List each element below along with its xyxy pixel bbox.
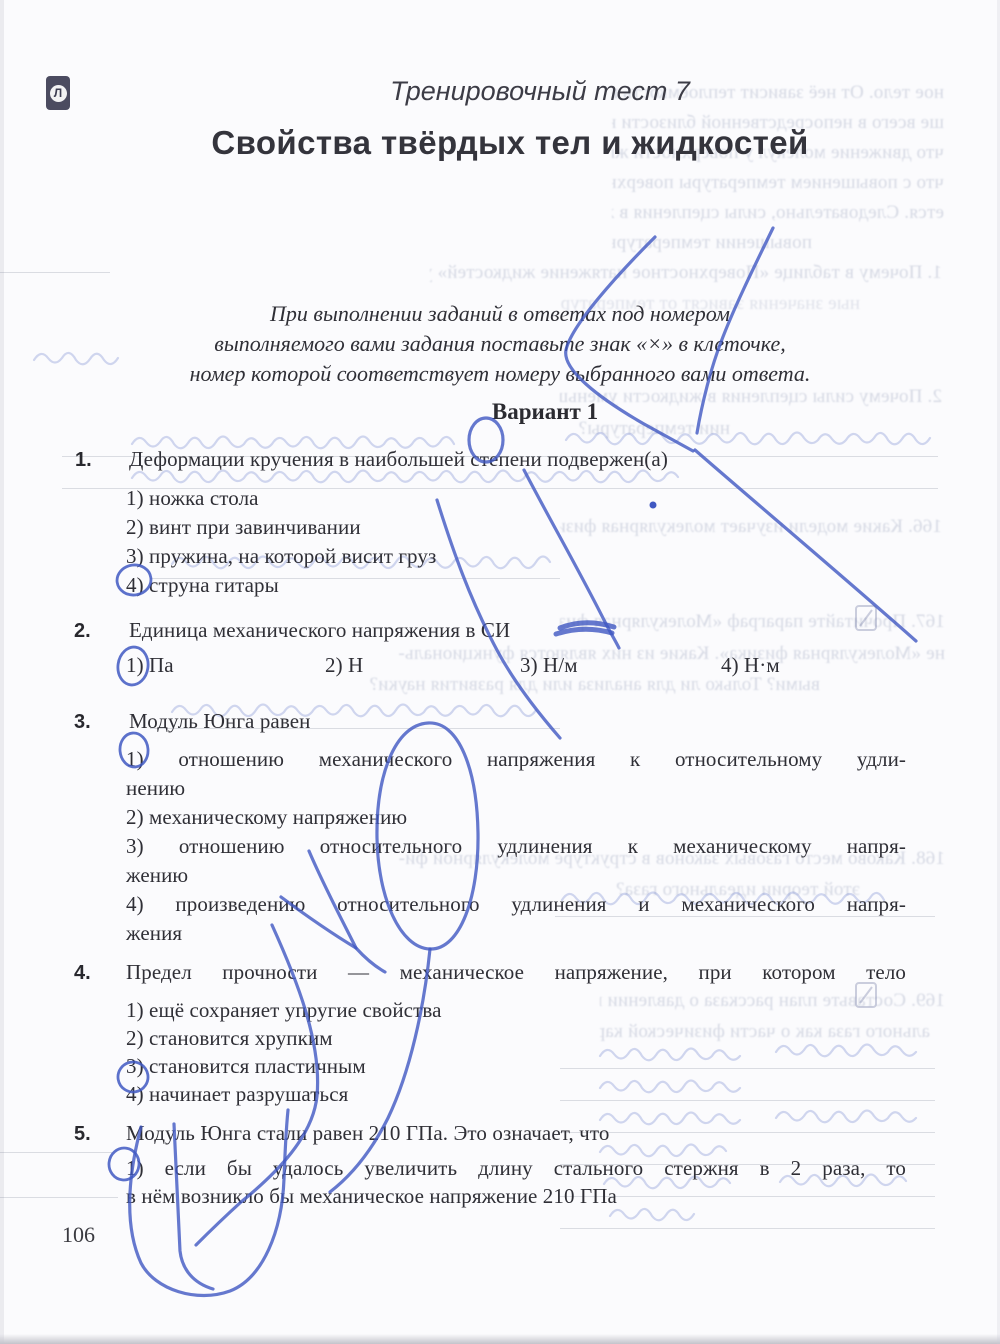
answer-option-continuation: жения	[126, 922, 182, 945]
instructions-line: выполняемого вами задания поставьте знак…	[70, 331, 930, 357]
answer-option: 4) начинает разрушаться	[126, 1083, 348, 1106]
scanned-workbook-page: ное тело. От неё зависит теплоёмкость во…	[0, 0, 1000, 1344]
bleedthrough-line: 167. Прочитайте параграф «Молекулярная ф…	[560, 611, 945, 633]
bleedthrough-line: что с повышением температуры поверхностн…	[612, 172, 944, 194]
answer-option: 1) ещё сохраняет упругие свойства	[126, 999, 442, 1022]
question-text: Предел прочности — механическое напряжен…	[126, 961, 906, 984]
question-text: Деформации кручения в наибольшей степени…	[129, 448, 668, 471]
answer-option: 2) Н	[325, 654, 363, 677]
answer-option: 2) становится хрупким	[126, 1027, 333, 1050]
answer-option-continuation: нению	[126, 777, 185, 800]
chapter-letter-icon: Л	[50, 85, 67, 102]
chapter-corner-icon: Л	[46, 76, 70, 110]
page-title: Свойства твёрдых тел и жидкостей	[10, 124, 1000, 162]
answer-option: 2) винт при завинчивании	[126, 516, 361, 539]
bleedthrough-line: ется. Следовательно, силы сцепления в жи…	[612, 202, 944, 224]
question-number: 5.	[74, 1123, 91, 1146]
variant-heading: Вариант 1	[90, 399, 1000, 425]
instructions-line: При выполнении заданий в ответах под ном…	[70, 301, 930, 327]
answer-option: 4) произведению относительного удлинения…	[126, 893, 906, 916]
bleedthrough-line: выми? Только ли для анализа или для разв…	[175, 674, 820, 696]
answer-option: 2) механическому напряжению	[126, 806, 407, 829]
question-number: 1.	[75, 449, 92, 472]
instructions-line: номер которой соответствует номеру выбра…	[70, 361, 930, 387]
answer-option-continuation: жению	[126, 864, 188, 887]
answer-option: 4) струна гитары	[126, 574, 279, 597]
bleedthrough-line: 1. Почему в таблице «Поверхностное натяж…	[430, 262, 942, 284]
question-number: 4.	[74, 962, 91, 985]
question-text: Единица механического напряжения в СИ	[129, 619, 510, 642]
question-number: 3.	[74, 711, 91, 734]
bleedthrough-rule	[0, 272, 110, 273]
answer-option: 3) отношению относительного удлинения к …	[126, 835, 906, 858]
question-text: Модуль Юнга равен	[129, 710, 311, 733]
bleedthrough-line: ального газа как о части физической карт…	[600, 1021, 930, 1043]
bleedthrough-rule	[0, 1197, 118, 1198]
answer-option: 4) Н·м	[721, 654, 780, 677]
bleedthrough-rule	[560, 1068, 935, 1069]
page-number: 106	[62, 1222, 95, 1248]
bleedthrough-line: повышении температуры.	[612, 232, 812, 254]
bleedthrough-rule	[560, 1100, 935, 1101]
answer-option: 3) становится пластичным	[126, 1055, 366, 1078]
answer-option: 1) Па	[126, 654, 174, 677]
test-pretitle: Тренировочный тест 7	[80, 76, 1000, 107]
bleedthrough-line: 166. Какие модели изучает молекулярная ф…	[560, 516, 942, 538]
question-number: 2.	[74, 620, 91, 643]
answer-option: 1) ножка стола	[126, 487, 259, 510]
page-left-edge	[0, 0, 4, 1344]
bleedthrough-line: 169. Составьте план рассказа о давлении …	[600, 990, 945, 1012]
bleedthrough-rule	[560, 1228, 935, 1229]
bleedthrough-rule	[555, 916, 935, 917]
bleedthrough-rule	[0, 1152, 112, 1153]
bleedthrough-rule	[560, 1132, 935, 1133]
pen-dot	[650, 502, 657, 509]
answer-option-continuation: в нём возникло бы механическое напряжени…	[126, 1185, 617, 1208]
question-text: Модуль Юнга стали равен 210 ГПа. Это озн…	[126, 1122, 609, 1145]
answer-option: 3) пружина, на которой висит груз	[126, 545, 436, 568]
page-bottom-edge	[0, 1334, 1000, 1344]
answer-option: 1) отношению механического напряжения к …	[126, 748, 906, 771]
answer-option: 1) если бы удалось увеличить длину сталь…	[126, 1157, 906, 1180]
answer-option: 3) Н/м	[520, 654, 578, 677]
